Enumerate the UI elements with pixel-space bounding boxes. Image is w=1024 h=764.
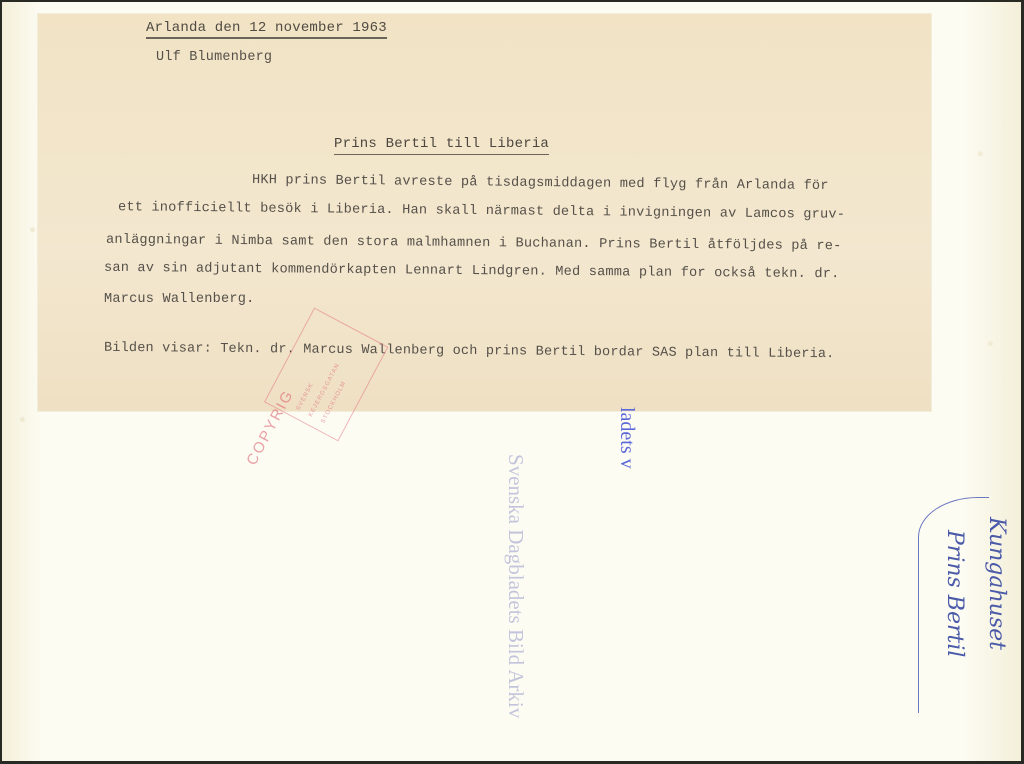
handwritten-category: Kungahuset	[984, 517, 1009, 650]
body-line: anläggningar i Nimba samt den stora malm…	[106, 233, 842, 254]
photo-card-back: Arlanda den 12 november 1963 Ulf Blumenb…	[2, 2, 1021, 761]
body-line: Marcus Wallenberg.	[104, 292, 254, 307]
body-line: HKH prins Bertil avreste på tisdagsmidda…	[252, 173, 829, 194]
archive-stamp-line: Svenska Dagbladets	[504, 454, 528, 624]
photo-caption: Bilden visar: Tekn. dr. Marcus Wallenber…	[104, 341, 835, 362]
archive-stamp-line: Bild Arkiv	[504, 629, 528, 718]
body-line: ett inofficiellt besök i Liberia. Han sk…	[118, 200, 845, 223]
handwritten-subject: Prins Bertil	[942, 530, 967, 657]
author-name: Ulf Blumenberg	[156, 50, 272, 65]
archive-stamp-line: v	[616, 459, 638, 469]
archive-stamp-faded: Svenska Dagbladets Bild Arkiv	[502, 454, 530, 718]
typewritten-caption-sheet: Arlanda den 12 november 1963 Ulf Blumenb…	[38, 14, 931, 411]
archive-stamp-line: ladets	[616, 407, 638, 454]
body-line: san av sin adjutant kommendörkapten Lenn…	[104, 261, 840, 282]
archive-stamp-blue: ladets v	[614, 407, 640, 469]
headline: Prins Bertil till Liberia	[334, 136, 549, 155]
dateline: Arlanda den 12 november 1963	[146, 20, 387, 39]
